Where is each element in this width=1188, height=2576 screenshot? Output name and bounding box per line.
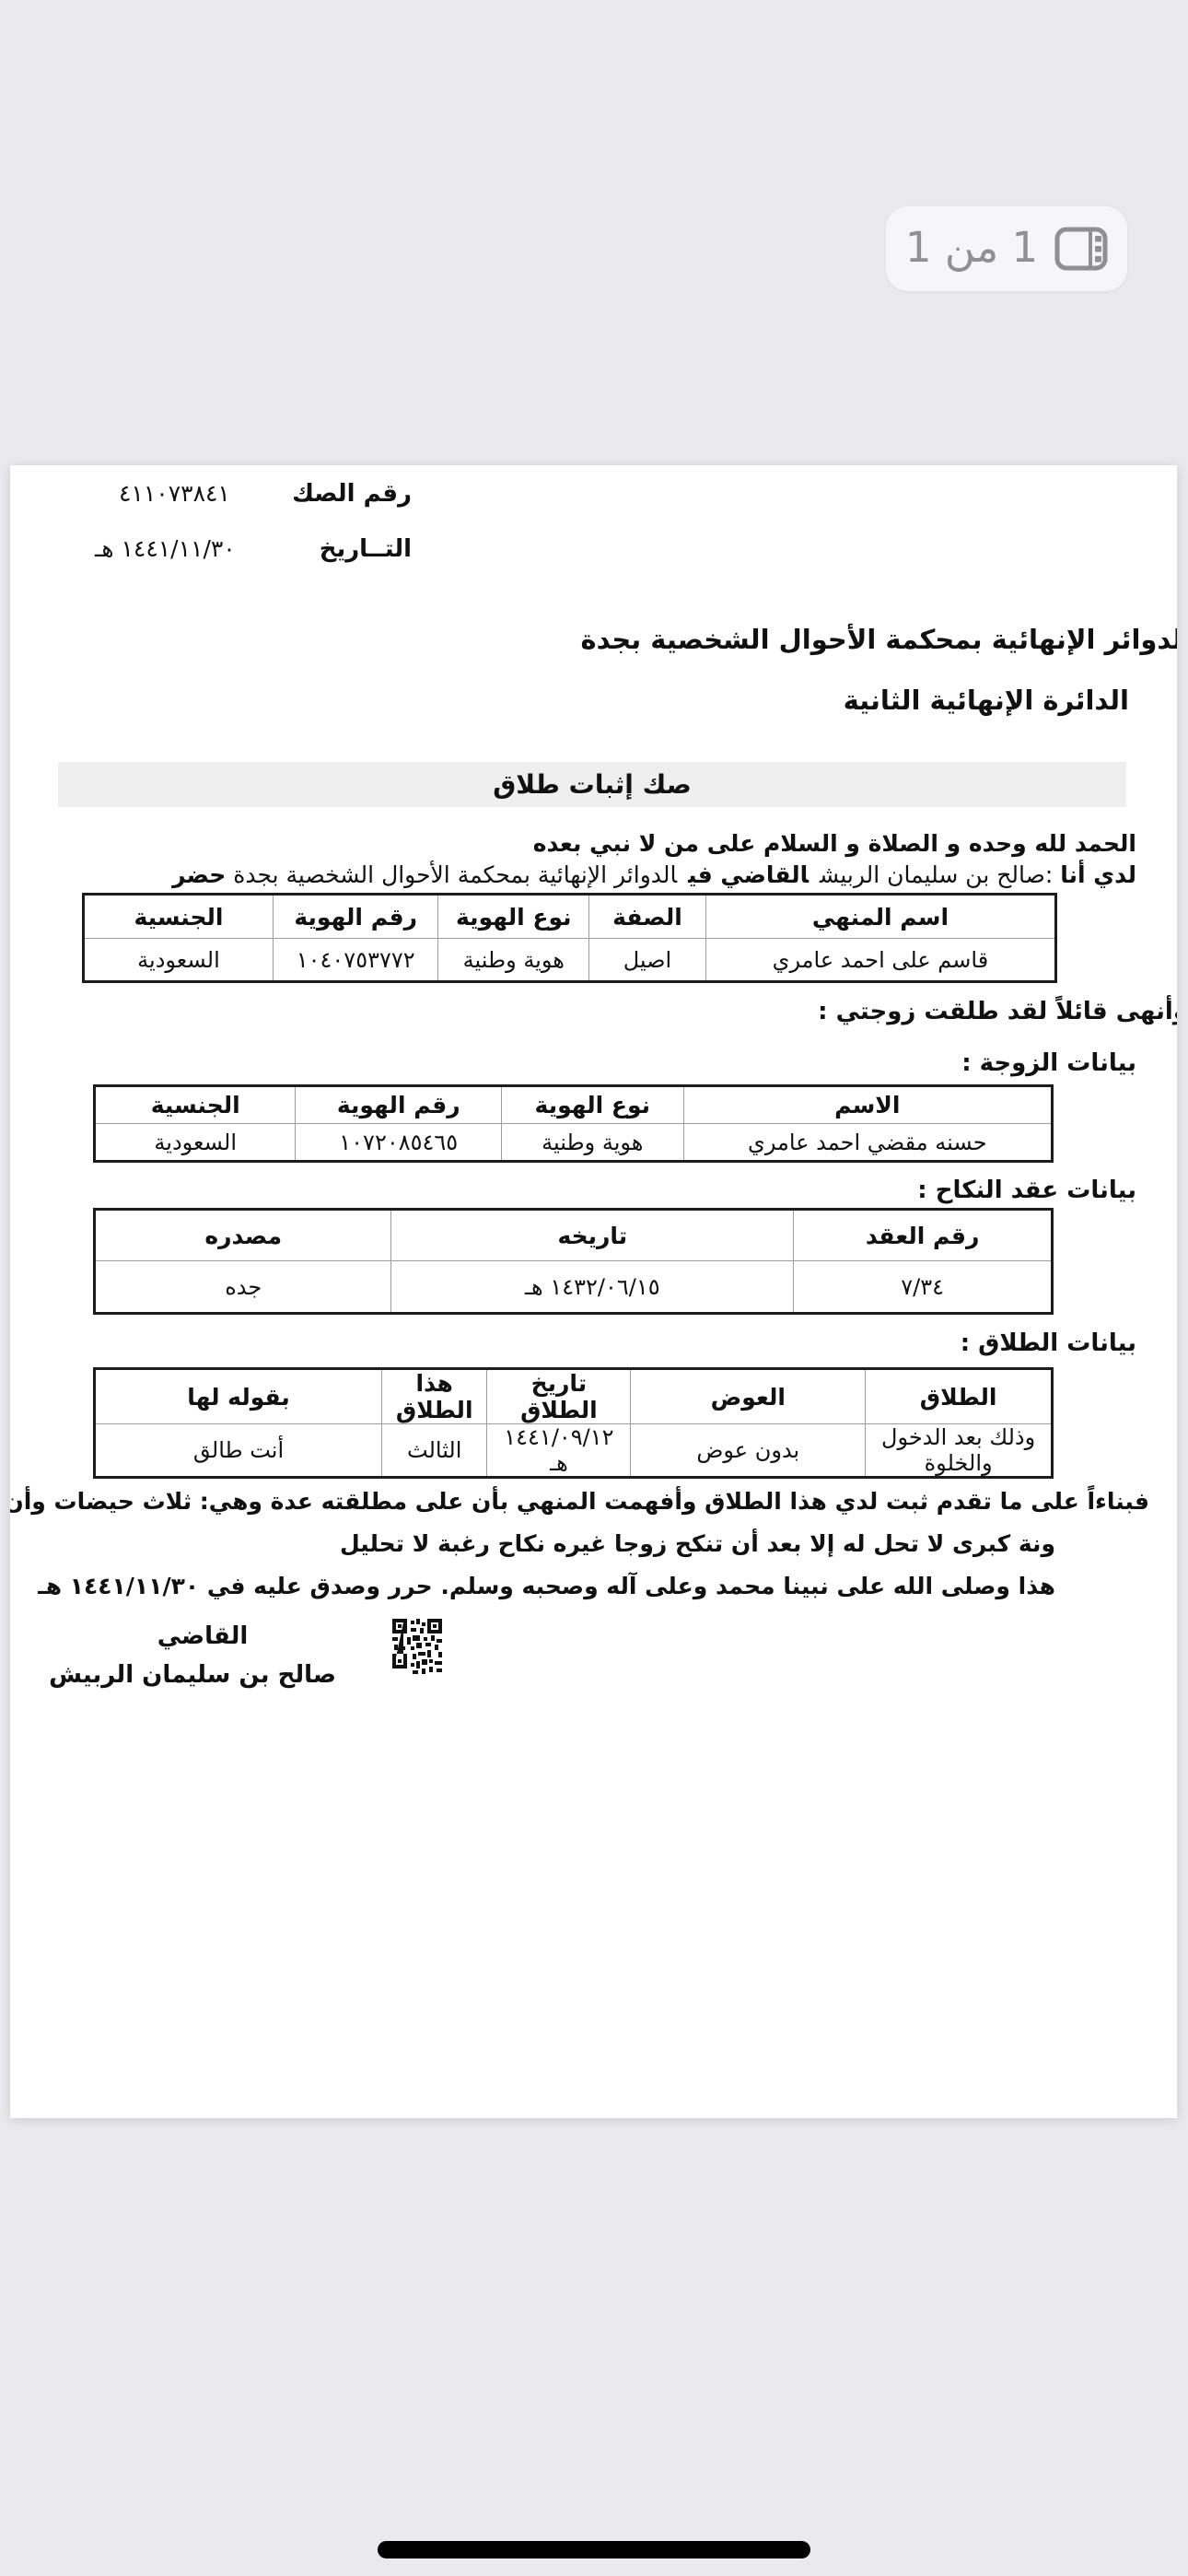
divorce-table: الطلاق العوض تاريخ الطلاق هذا الطلاق بقو… <box>93 1367 1054 1479</box>
intro-judge-name: :صالح بن سليمان الربيش <box>820 861 1060 888</box>
closing-line-2: ونة كبرى لا تحل له إلا بعد أن تنكح زوجا … <box>340 1530 1055 1557</box>
wife-id-number: ١٠٧٢٠٨٥٤٦٥ <box>296 1124 502 1162</box>
home-indicator[interactable] <box>378 2541 810 2558</box>
closing-line-3: هذا وصلى الله على نبينا محمد وعلى آله وص… <box>38 1573 1055 1599</box>
page-indicator-label: 1 من 1 <box>905 227 1038 272</box>
divorce-header-count: هذا الطلاق <box>382 1369 487 1424</box>
qr-code <box>392 1619 442 1674</box>
document-title: صك إثبات طلاق <box>493 769 691 800</box>
wife-nationality: السعودية <box>95 1124 296 1162</box>
divorce-wording: أنت طالق <box>95 1424 382 1478</box>
marriage-contract-table: رقم العقد تاريخه مصدره ٧/٣٤ ١٤٣٢/٠٦/١٥ ه… <box>93 1208 1054 1315</box>
judge-name: صالح بن سليمان الربيش <box>69 1661 336 1689</box>
judge-title: القاضي <box>101 1622 304 1650</box>
petitioner-table: اسم المنهي الصفة نوع الهوية رقم الهوية ا… <box>82 893 1057 983</box>
petitioner-header-id-number: رقم الهوية <box>273 895 438 939</box>
table-row: قاسم على احمد عامري اصيل هوية وطنية ١٠٤٠… <box>84 939 1056 982</box>
petitioner-id-type: هوية وطنية <box>438 939 589 982</box>
petitioner-header-nationality: الجنسية <box>84 895 274 939</box>
contract-header-issuer: مصدره <box>95 1210 391 1261</box>
contract-header-number: رقم العقد <box>794 1210 1053 1261</box>
wife-name: حسنه مقضي احمد عامري <box>683 1124 1052 1162</box>
divorce-header-compensation: العوض <box>631 1369 866 1424</box>
divorce-section-label: بيانات الطلاق : <box>961 1329 1136 1357</box>
intro-appeared: حضر <box>172 861 226 888</box>
circuit-name-line: الدائرة الإنهائية الثانية <box>844 685 1129 716</box>
petitioner-header-id-type: نوع الهوية <box>438 895 589 939</box>
contract-issuer: جده <box>95 1261 391 1314</box>
intro-before-me: لدي أنا <box>1060 861 1136 888</box>
thumbnails-sidebar-icon <box>1054 227 1108 271</box>
petitioner-name: قاسم على احمد عامري <box>705 939 1055 982</box>
deed-date-value: ١٤٤١/١١/٣٠ هـ <box>95 535 236 563</box>
wife-header-id-number: رقم الهوية <box>296 1086 502 1124</box>
table-row: ٧/٣٤ ١٤٣٢/٠٦/١٥ هـ جده <box>95 1261 1053 1314</box>
table-row: حسنه مقضي احمد عامري هوية وطنية ١٠٧٢٠٨٥٤… <box>95 1124 1053 1162</box>
closing-line-1: فبناءاً على ما تقدم ثبت لدي هذا الطلاق و… <box>10 1488 1149 1515</box>
court-name-line: الدوائر الإنهائية بمحكمة الأحوال الشخصية… <box>581 624 1177 655</box>
marriage-section-label: بيانات عقد النكاح : <box>917 1177 1136 1204</box>
divorce-statement-line: وأنهى قائلاً لقد طلقت زوجتي : <box>818 998 1177 1025</box>
wife-header-name: الاسم <box>683 1086 1052 1124</box>
petitioner-header-name: اسم المنهي <box>705 895 1055 939</box>
deed-number-value: ٤١١٠٧٣٨٤١ <box>119 480 230 508</box>
contract-header-date: تاريخه <box>391 1210 794 1261</box>
intro-court: الدوائر الإنهائية بمحكمة الأحوال الشخصية… <box>226 861 677 888</box>
divorce-header-type: الطلاق <box>866 1369 1053 1424</box>
wife-section-label: بيانات الزوجة : <box>961 1049 1136 1077</box>
petitioner-id-number: ١٠٤٠٧٥٣٧٧٢ <box>273 939 438 982</box>
divorce-count: الثالث <box>382 1424 487 1478</box>
page-indicator[interactable]: 1 من 1 <box>886 206 1127 291</box>
wife-table: الاسم نوع الهوية رقم الهوية الجنسية حسنه… <box>93 1084 1054 1163</box>
pdf-viewer-screen: 1 من 1 رقم الصك ٤١١٠٧٣٨٤١ التــاريخ ١٤٤١… <box>0 0 1188 2576</box>
deed-number-label: رقم الصك <box>292 480 412 508</box>
intro-judge-title: القاضي في <box>688 861 809 888</box>
contract-date: ١٤٣٢/٠٦/١٥ هـ <box>391 1261 794 1314</box>
deed-date-row: التــاريخ ١٤٤١/١١/٣٠ هـ <box>95 535 412 563</box>
divorce-header-date: تاريخ الطلاق <box>487 1369 631 1424</box>
deed-date-label: التــاريخ <box>320 535 412 563</box>
table-row: وذلك بعد الدخول والخلوة بدون عوض ١٤٤١/٠٩… <box>95 1424 1053 1478</box>
divorce-compensation: بدون عوض <box>631 1424 866 1478</box>
wife-header-id-type: نوع الهوية <box>502 1086 684 1124</box>
document-title-bar: صك إثبات طلاق <box>58 762 1126 807</box>
judge-intro-line: لدي أنا :صالح بن سليمان الربيشالقاضي فيا… <box>172 861 1136 888</box>
petitioner-header-capacity: الصفة <box>589 895 706 939</box>
deed-number-row: رقم الصك ٤١١٠٧٣٨٤١ <box>119 480 412 508</box>
wife-header-nationality: الجنسية <box>95 1086 296 1124</box>
divorce-type: وذلك بعد الدخول والخلوة <box>866 1424 1053 1478</box>
praise-line: الحمد لله وحده و الصلاة و السلام على من … <box>533 830 1136 857</box>
document-page: رقم الصك ٤١١٠٧٣٨٤١ التــاريخ ١٤٤١/١١/٣٠ … <box>10 465 1177 2118</box>
divorce-header-wording: بقوله لها <box>95 1369 382 1424</box>
contract-number: ٧/٣٤ <box>794 1261 1053 1314</box>
wife-id-type: هوية وطنية <box>502 1124 684 1162</box>
divorce-date: ١٤٤١/٠٩/١٢ هـ <box>487 1424 631 1478</box>
petitioner-nationality: السعودية <box>84 939 274 982</box>
petitioner-capacity: اصيل <box>589 939 706 982</box>
